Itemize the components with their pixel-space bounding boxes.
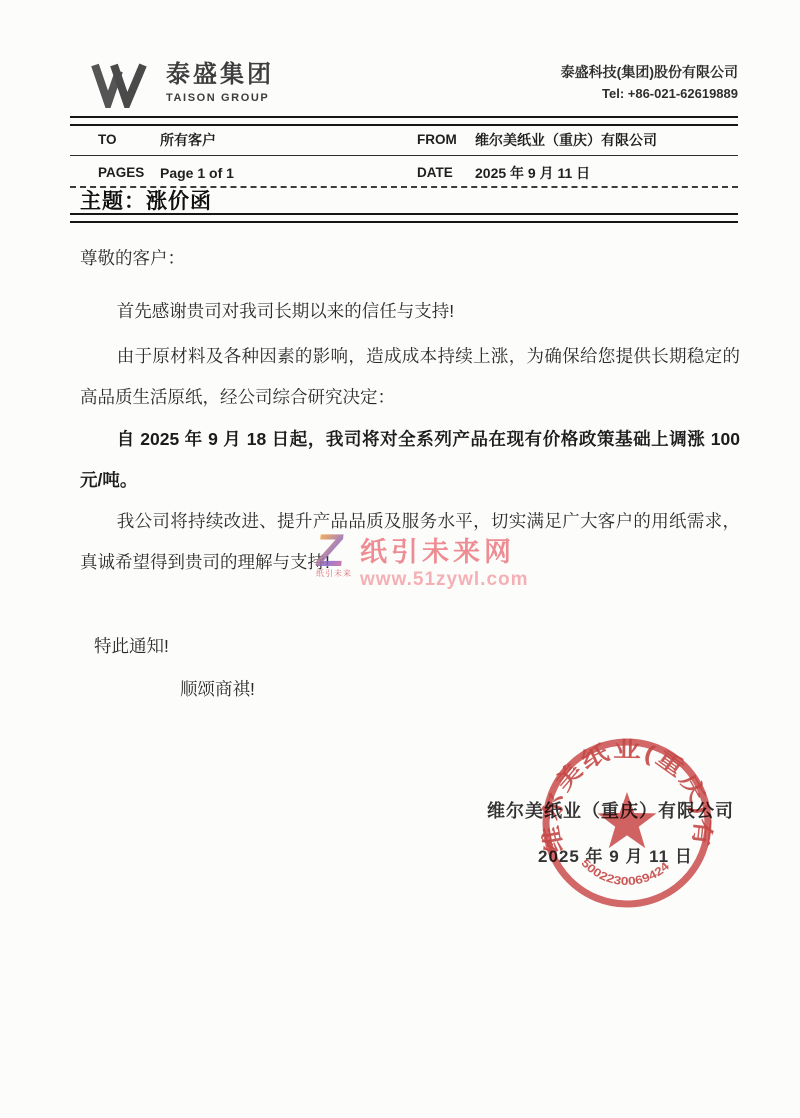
to-value: 所有客户 (160, 130, 417, 150)
paragraph-price-increase: 自 2025 年 9 月 18 日起，我司将对全系列产品在现有价格政策基础上调涨… (80, 419, 740, 501)
from-label: FROM (417, 132, 475, 147)
pages-label: PAGES (98, 165, 160, 180)
from-value: 维尔美纸业（重庆）有限公司 (475, 130, 738, 150)
date-label: DATE (417, 165, 475, 180)
pages-value: Page 1 of 1 (160, 165, 417, 181)
meta-row-to-from: TO 所有客户 FROM 维尔美纸业（重庆）有限公司 (70, 123, 738, 156)
taison-logo: 泰盛集团 TAISON GROUP (88, 58, 274, 108)
closing-line: 顺颂商祺! (180, 669, 800, 710)
notice-line: 特此通知! (94, 626, 754, 667)
to-label: TO (98, 132, 160, 147)
subject-title: 主题：涨价函 (80, 185, 212, 215)
taison-w-icon (88, 58, 156, 108)
svg-text:5002230069424: 5002230069424 (579, 857, 673, 888)
seal-number: 5002230069424 (579, 857, 673, 888)
header-company-name: 泰盛科技(集团)股份有限公司 (561, 62, 738, 84)
header-telephone: Tel: +86-021-62619889 (561, 84, 738, 104)
seal-star-icon (598, 792, 657, 848)
date-value: 2025 年 9 月 11 日 (475, 163, 738, 183)
paragraph-commitment: 我公司将持续改进、提升产品品质及服务水平，切实满足广大客户的用纸需求，真诚希望得… (80, 501, 740, 583)
company-seal-stamp: 维尔美纸业(重庆)有限公司 5002230069424 (527, 723, 727, 923)
logo-company-cn: 泰盛集团 (166, 62, 274, 88)
paragraph-thanks: 首先感谢贵司对我司长期以来的信任与支持! (80, 291, 740, 332)
rule-subject-bottom (70, 213, 738, 223)
letter-page: 泰盛集团 TAISON GROUP 泰盛科技(集团)股份有限公司 Tel: +8… (0, 0, 800, 1118)
logo-company-en: TAISON GROUP (166, 92, 274, 104)
salutation: 尊敬的客户： (80, 238, 740, 279)
paragraph-reason: 由于原材料及各种因素的影响，造成成本持续上涨，为确保给您提供长期稳定的高品质生活… (80, 336, 740, 418)
header-contact: 泰盛科技(集团)股份有限公司 Tel: +86-021-62619889 (561, 62, 738, 104)
